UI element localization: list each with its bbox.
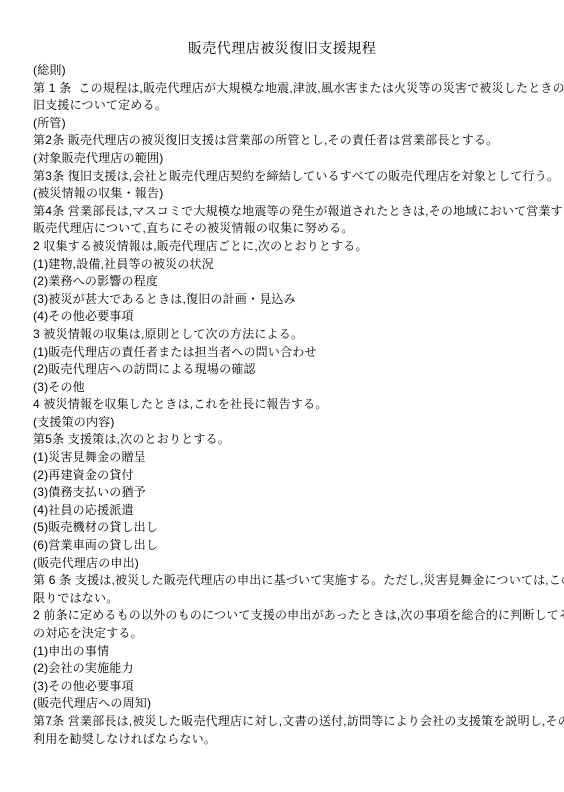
document-line: 第 6 条 支援は,被災した販売代理店の申出に基づいて実施する。ただし,災害見舞… bbox=[33, 572, 538, 590]
document-line: 4 被災情報を収集したときは,これを社長に報告する。 bbox=[33, 396, 538, 414]
document-line: (2)再建資金の貸付 bbox=[33, 467, 538, 485]
document-line: (1)申出の事情 bbox=[33, 643, 538, 661]
document-line: 旧支援について定める。 bbox=[33, 97, 538, 115]
document-line: (総則) bbox=[33, 62, 538, 80]
document-line: 第2条 販売代理店の被災復旧支援は営業部の所管とし,その責任者は営業部長とする。 bbox=[33, 132, 538, 150]
document-line: 第7条 営業部長は,被災した販売代理店に対し,文書の送付,訪問等により会社の支援… bbox=[33, 713, 538, 731]
document-line: (3)その他 bbox=[33, 379, 538, 397]
document-line: 第5条 支援策は,次のとおりとする。 bbox=[33, 431, 538, 449]
document-line: 2 収集する被災情報は,販売代理店ごとに,次のとおりとする。 bbox=[33, 238, 538, 256]
document-title: 販売代理店被災復旧支援規程 bbox=[0, 40, 564, 56]
document-line: 利用を勧奨しなければならない。 bbox=[33, 731, 538, 749]
document-line: (5)販売機材の貸し出し bbox=[33, 519, 538, 537]
document-line: 2 前条に定めるもの以外のものについて支援の申出があったときは,次の事項を総合的… bbox=[33, 607, 538, 625]
document-line: (販売代理店への周知) bbox=[33, 695, 538, 713]
document-line: (3)被災が甚大であるときは,復旧の計画・見込み bbox=[33, 291, 538, 309]
document-line: (4)社員の応援派遣 bbox=[33, 502, 538, 520]
document-line: 3 被災情報の収集は,原則として次の方法による。 bbox=[33, 326, 538, 344]
document-page: 販売代理店被災復旧支援規程 (総則)第 1 条 この規程は,販売代理店が大規模な… bbox=[0, 0, 564, 792]
document-line: (3)債務支払いの猶予 bbox=[33, 484, 538, 502]
document-line: の対応を決定する。 bbox=[33, 625, 538, 643]
document-line: (1)建物,設備,社員等の被災の状況 bbox=[33, 256, 538, 274]
document-line: 販売代理店について,直ちにその被災情報の収集に努める。 bbox=[33, 220, 538, 238]
document-line: 第4条 営業部長は,マスコミで大規模な地震等の発生が報道されたときは,その地域に… bbox=[33, 203, 538, 221]
document-line: (1)販売代理店の責任者または担当者への問い合わせ bbox=[33, 344, 538, 362]
document-line: 第 1 条 この規程は,販売代理店が大規模な地震,津波,風水害または火災等の災害… bbox=[33, 80, 538, 98]
document-line: 第3条 復旧支援は,会社と販売代理店契約を締結しているすべての販売代理店を対象と… bbox=[33, 168, 538, 186]
document-line: (4)その他必要事項 bbox=[33, 308, 538, 326]
document-line: (販売代理店の申出) bbox=[33, 555, 538, 573]
document-line: (被災情報の収集・報告) bbox=[33, 185, 538, 203]
document-line: (2)業務への影響の程度 bbox=[33, 273, 538, 291]
document-line: (所管) bbox=[33, 115, 538, 133]
document-line: (支援策の内容) bbox=[33, 414, 538, 432]
document-line: (2)販売代理店への訪問による現場の確認 bbox=[33, 361, 538, 379]
document-line: (3)その他必要事項 bbox=[33, 678, 538, 696]
document-line: (対象販売代理店の範囲) bbox=[33, 150, 538, 168]
document-line: (6)営業車両の貸し出し bbox=[33, 537, 538, 555]
document-line: (2)会社の実施能力 bbox=[33, 660, 538, 678]
document-line: 限りではない。 bbox=[33, 590, 538, 608]
document-line: (1)災害見舞金の贈呈 bbox=[33, 449, 538, 467]
document-body: (総則)第 1 条 この規程は,販売代理店が大規模な地震,津波,風水害または火災… bbox=[33, 62, 538, 748]
